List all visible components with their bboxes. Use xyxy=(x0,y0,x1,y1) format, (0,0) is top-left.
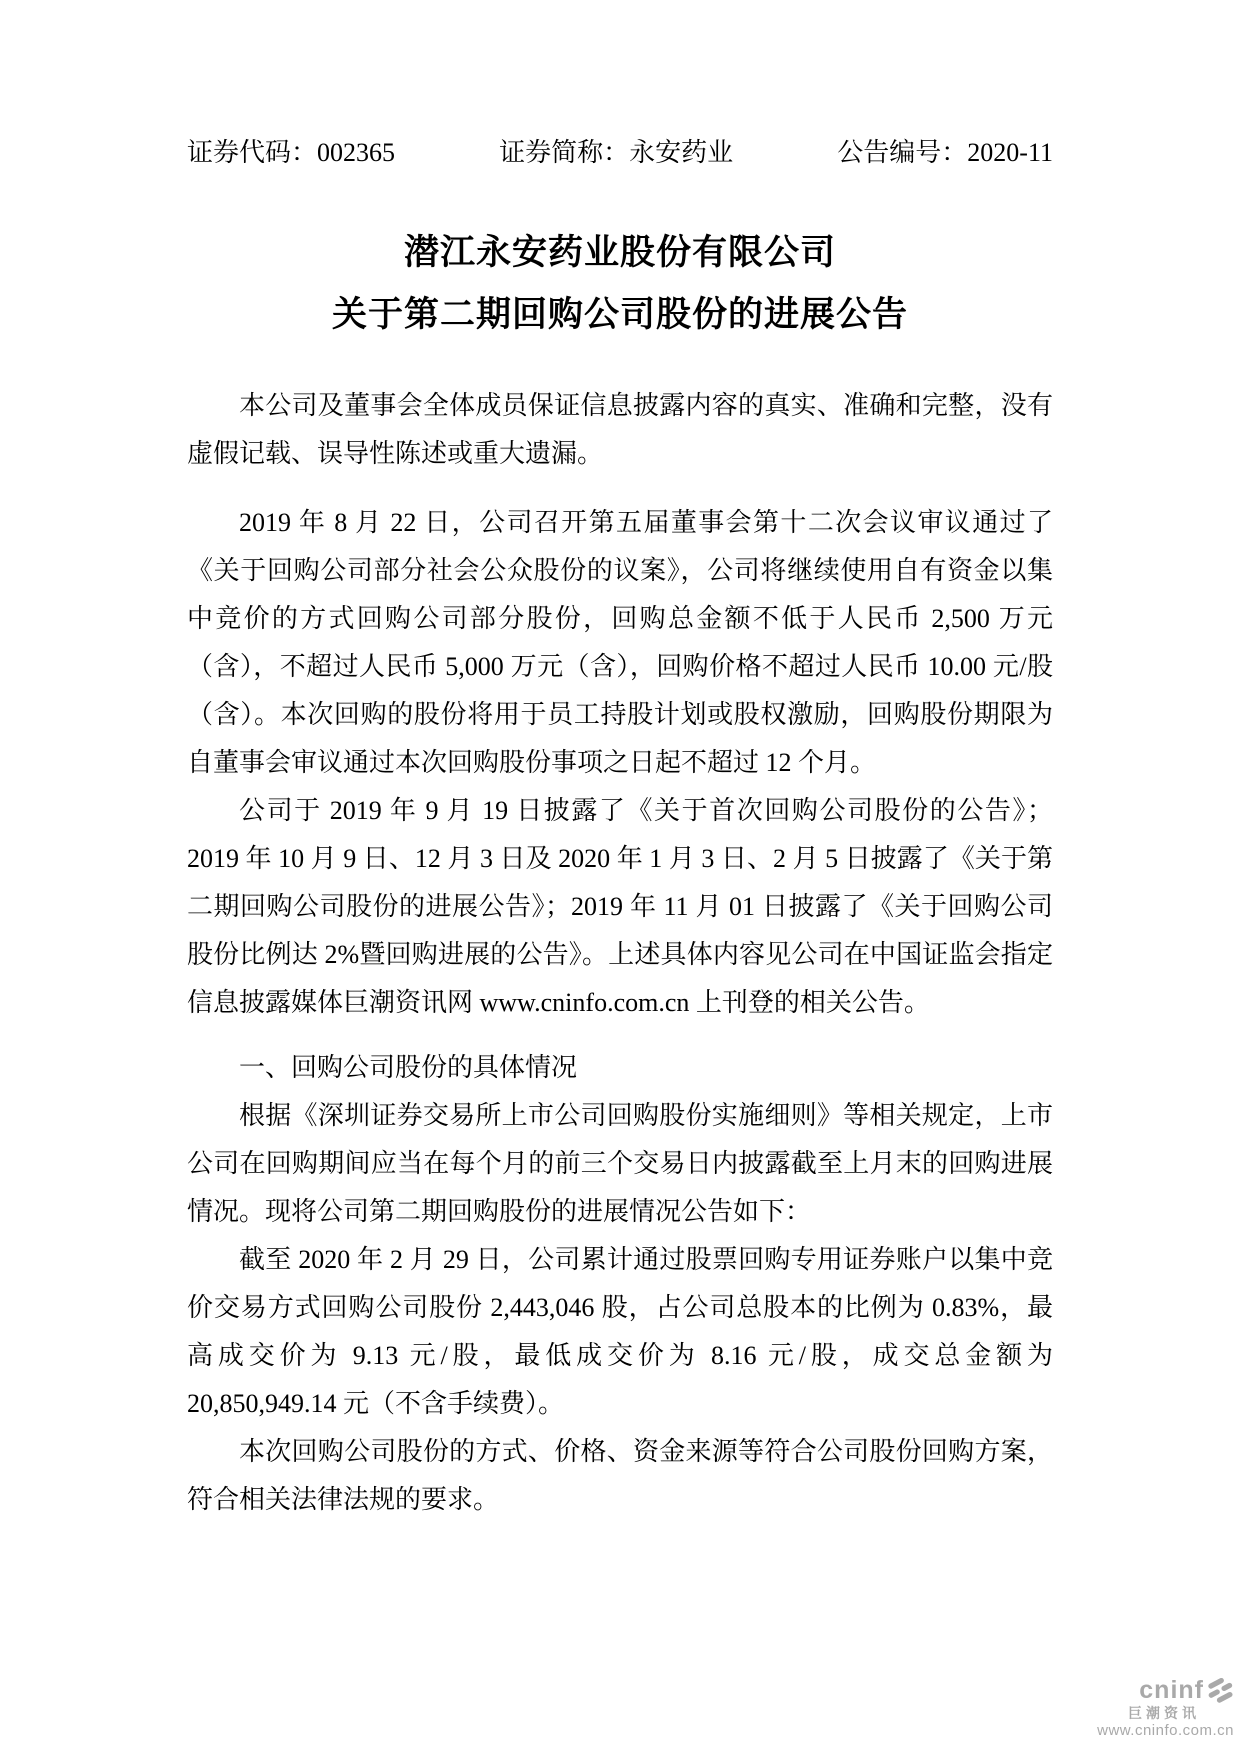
document-body: 本公司及董事会全体成员保证信息披露内容的真实、准确和完整，没有虚假记载、误导性陈… xyxy=(187,382,1053,1524)
document-meta-row: 证券代码：002365 证券简称：永安药业 公告编号：2020-11 xyxy=(187,136,1053,170)
cninfo-watermark: cninf 巨潮资讯 www.cninfo.com.cn xyxy=(1097,1678,1234,1738)
disclosure-notice-paragraph: 本公司及董事会全体成员保证信息披露内容的真实、准确和完整，没有虚假记载、误导性陈… xyxy=(187,382,1053,478)
compliance-paragraph: 本次回购公司股份的方式、价格、资金来源等符合公司股份回购方案，符合相关法律法规的… xyxy=(187,1428,1053,1524)
document-title: 潜江永安药业股份有限公司 关于第二期回购公司股份的进展公告 xyxy=(0,222,1240,346)
announcement-subject: 关于第二期回购公司股份的进展公告 xyxy=(0,284,1240,346)
board-resolution-paragraph: 2019 年 8 月 22 日，公司召开第五届董事会第十二次会议审议通过了《关于… xyxy=(187,499,1053,787)
cninfo-logo-text: cninf xyxy=(1139,1678,1204,1703)
company-name: 潜江永安药业股份有限公司 xyxy=(0,222,1240,284)
cninfo-site-name: 巨潮资讯 xyxy=(1097,1706,1200,1720)
announcement-page: 证券代码：002365 证券简称：永安药业 公告编号：2020-11 潜江永安药… xyxy=(0,0,1240,1754)
announcement-number: 公告编号：2020-11 xyxy=(837,136,1053,170)
prior-disclosures-paragraph: 公司于 2019 年 9 月 19 日披露了《关于首次回购公司股份的公告》；20… xyxy=(187,787,1053,1027)
stock-short-name: 证券简称：永安药业 xyxy=(499,136,733,170)
stock-code: 证券代码：002365 xyxy=(187,136,395,170)
repurchase-progress-paragraph: 截至 2020 年 2 月 29 日，公司累计通过股票回购专用证券账户以集中竞价… xyxy=(187,1236,1053,1428)
cninfo-logo-row: cninf xyxy=(1097,1678,1234,1703)
cninfo-site-url: www.cninfo.com.cn xyxy=(1097,1723,1234,1738)
cninfo-globe-icon xyxy=(1207,1678,1234,1703)
regulation-basis-paragraph: 根据《深圳证券交易所上市公司回购股份实施细则》等相关规定，上市公司在回购期间应当… xyxy=(187,1092,1053,1236)
section-heading-repurchase-details: 一、回购公司股份的具体情况 xyxy=(187,1044,1053,1092)
